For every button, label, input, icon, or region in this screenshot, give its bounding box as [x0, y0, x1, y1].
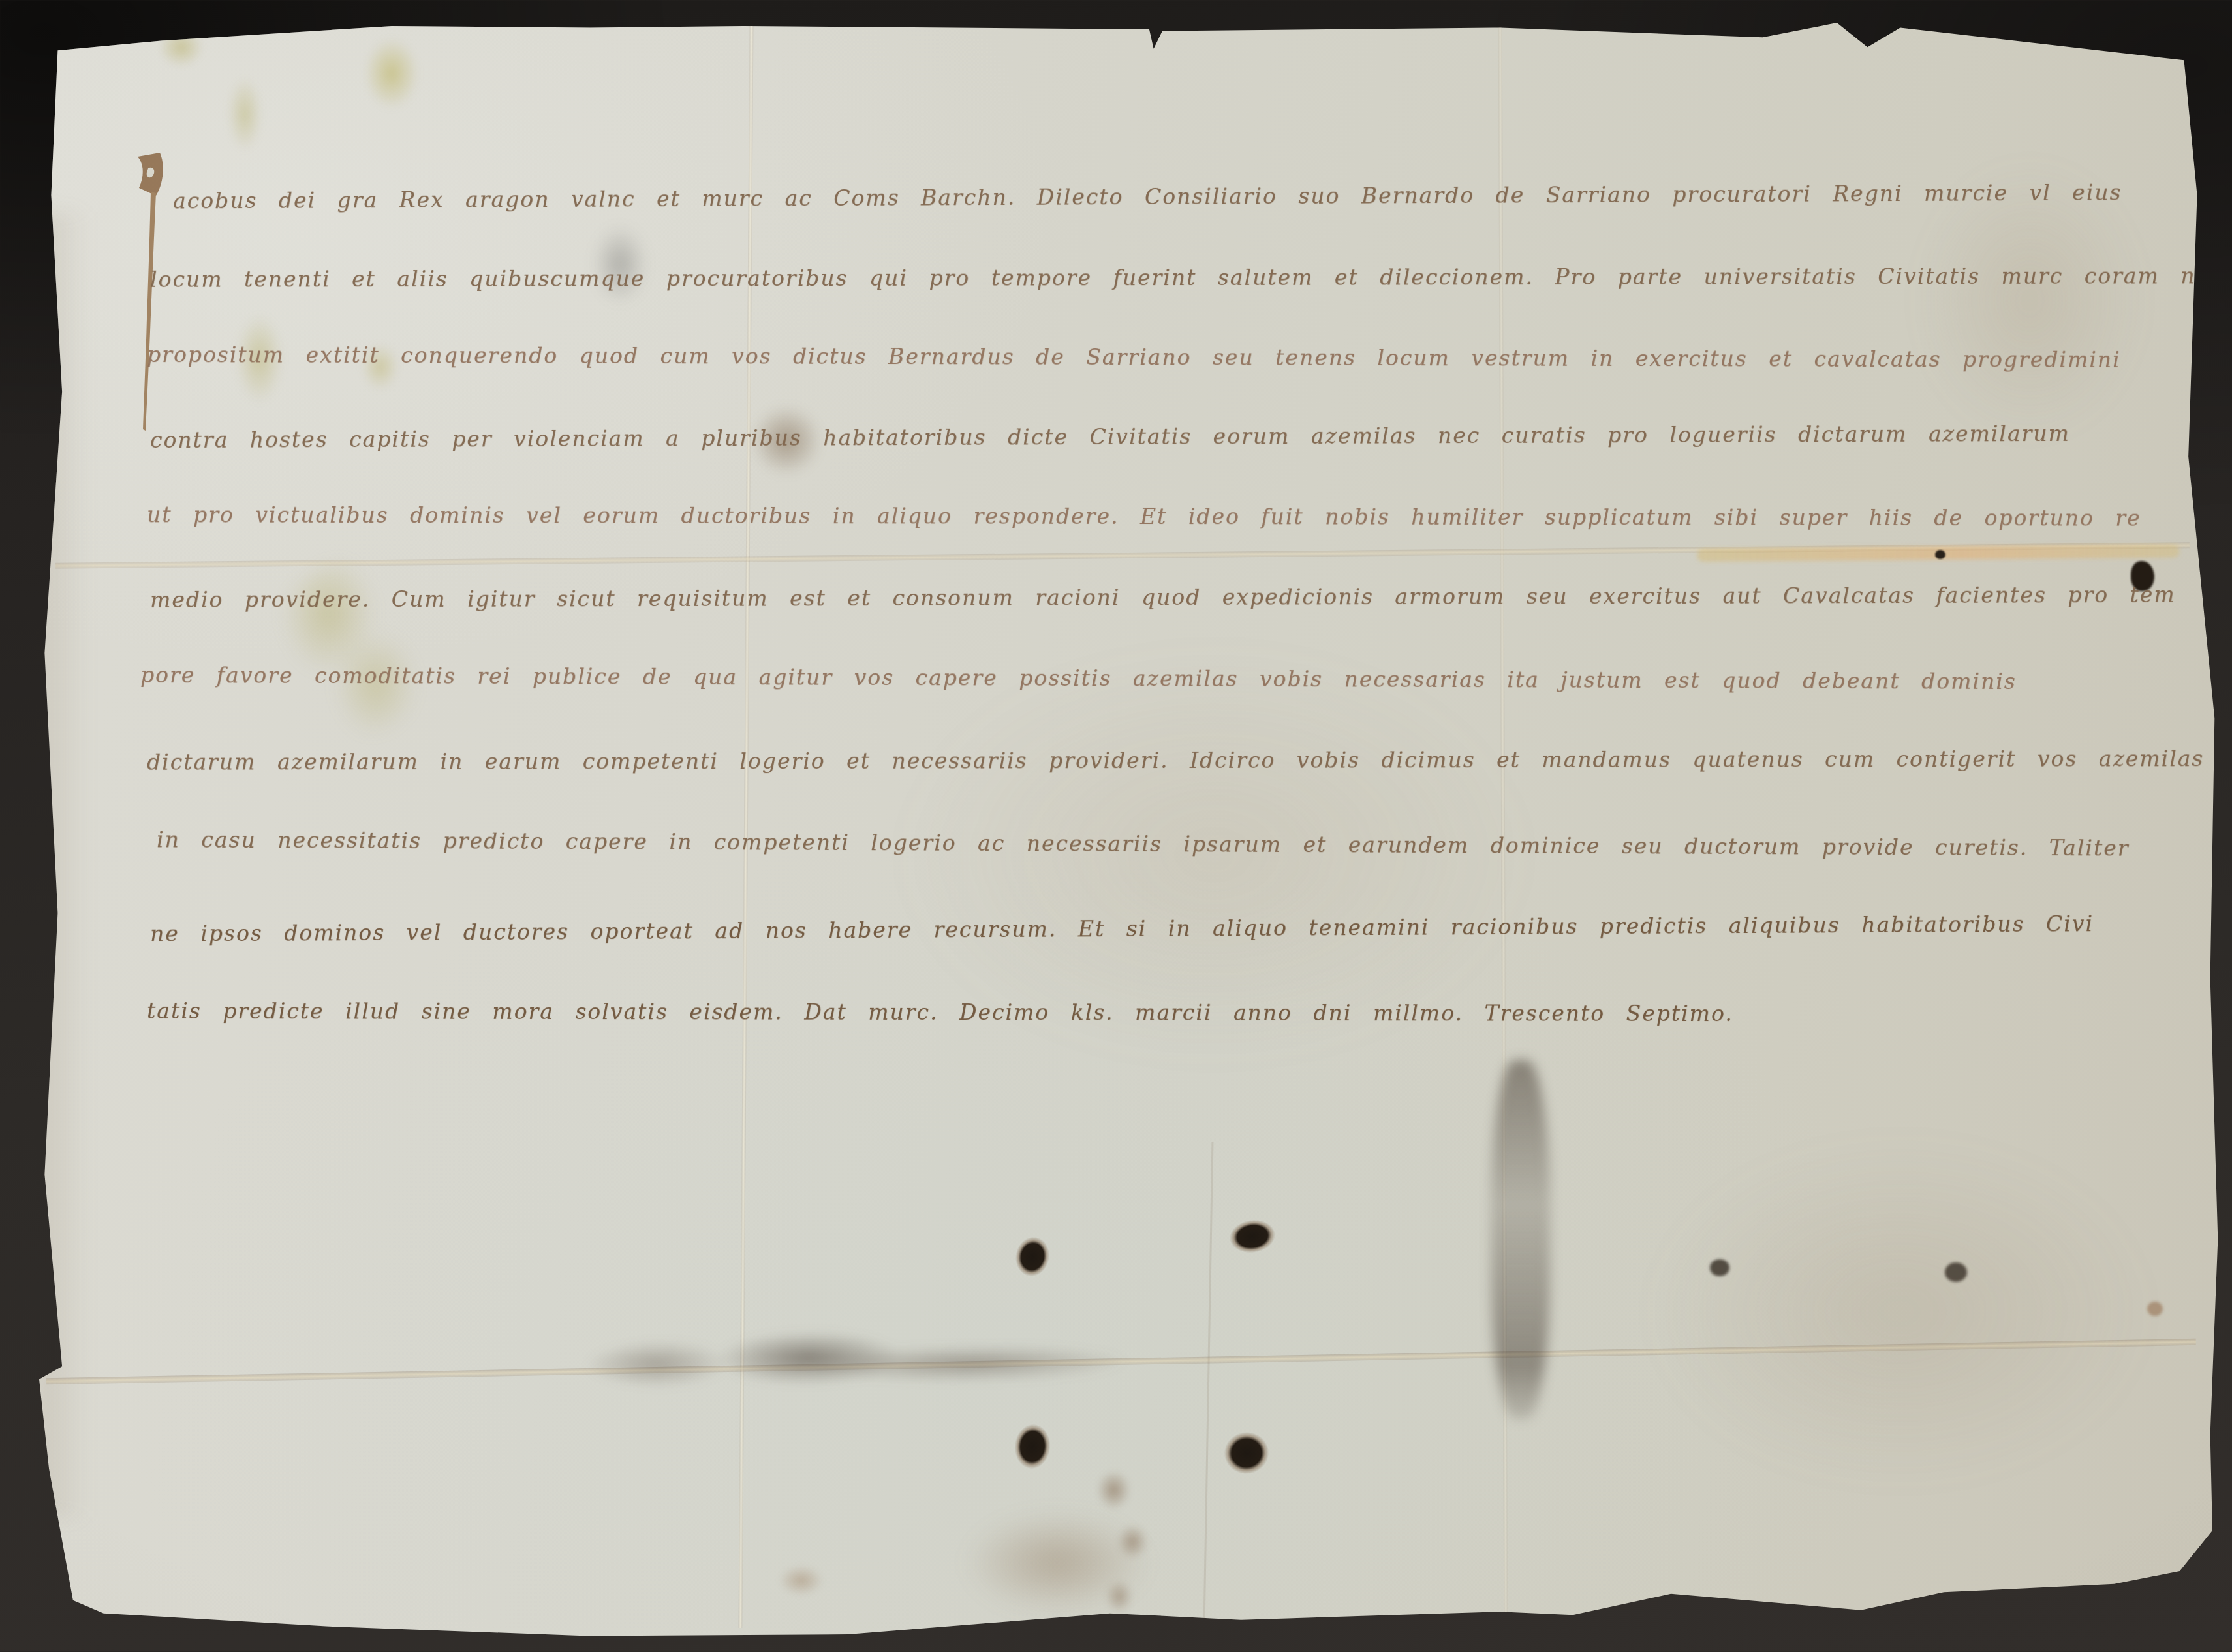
manuscript-line-4: contra hostes capitis per violenciam a p… — [150, 421, 2070, 453]
manuscript-line-8: dictarum azemilarum in earum competenti … — [147, 746, 2204, 775]
initial-letter-j: J — [134, 150, 176, 437]
photograph-background: J acobus dei gra Rex aragon valnc et mur… — [0, 0, 2232, 1652]
manuscript-line-1: acobus dei gra Rex aragon valnc et murc … — [173, 179, 2122, 213]
stitch-repair-stain — [1697, 545, 2180, 562]
ink-dot-right — [1945, 1262, 1967, 1282]
manuscript-line-3: propositum extitit conquerendo quod cum … — [147, 342, 2121, 373]
smudge-grey-upper — [584, 212, 656, 316]
stain-bottom-left-arc — [770, 1559, 832, 1602]
ink-speck-on-fold — [1935, 550, 1945, 559]
manuscript-line-10: ne ipsos dominos vel ductores oporteat a… — [150, 911, 2094, 947]
manuscript-line-5: ut pro victualibus dominis vel eorum duc… — [147, 502, 2141, 530]
stain-bottom-center — [940, 1497, 1175, 1628]
lacing-hole-top-right — [1220, 1212, 1284, 1261]
stain-yellow-streak — [222, 65, 268, 163]
manuscript-line-2: locum tenenti et aliis quibuscumque proc… — [150, 263, 2232, 292]
stain-yellow-dots-top — [150, 20, 212, 75]
manuscript-line-9: in casu necessitatis predicto capere in … — [157, 827, 2130, 861]
shading-left-edge — [36, 212, 88, 1517]
faint-crease — [1203, 1142, 1214, 1625]
manuscript-line-11: tatis predicte illud sine mora solvatis … — [147, 998, 1733, 1026]
svg-text:J: J — [144, 184, 149, 191]
mottle-lower-right — [1599, 1109, 2199, 1514]
spot-brown-right — [2147, 1302, 2163, 1316]
vertical-fold-left — [738, 20, 753, 1628]
horizontal-fold-upper — [55, 542, 2190, 568]
smudge-dark-fold-right — [1491, 1060, 1550, 1419]
lacing-hole-bottom-left — [1007, 1416, 1057, 1477]
parchment-document: J acobus dei gra Rex aragon valnc et mur… — [36, 16, 2219, 1641]
stain-yellow-top-center — [356, 26, 427, 121]
manuscript-line-6: medio providere. Cum igitur sicut requis… — [150, 582, 2176, 613]
lacing-hole-bottom-right — [1215, 1424, 1278, 1483]
manuscript-line-7: pore favore comoditatis rei publice de q… — [140, 662, 2017, 694]
drip-trail-below-holes — [1064, 1471, 1175, 1628]
ink-dot-left — [1710, 1259, 1729, 1276]
lacing-hole-top-left — [1006, 1227, 1059, 1286]
smudge-band-lower-fold — [587, 1317, 1280, 1405]
horizontal-fold-lower — [46, 1339, 2196, 1384]
